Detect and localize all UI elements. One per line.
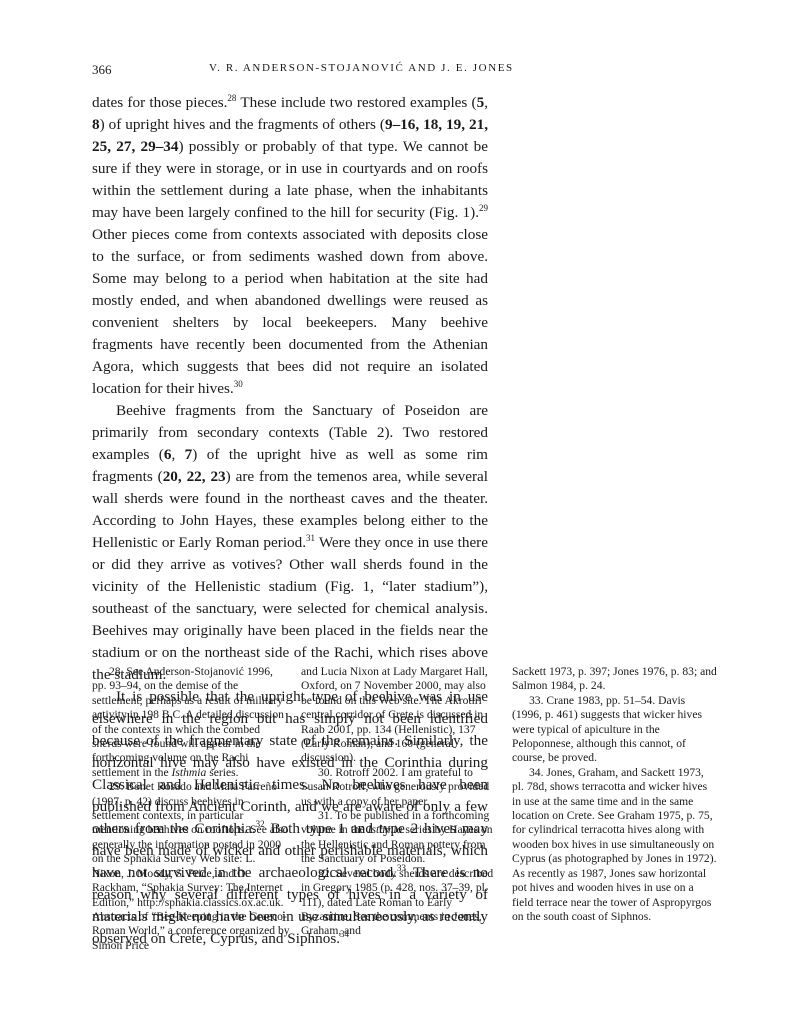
catalog-number: 9–16, 18, 19, 21, 25, 27, 29–34 (92, 116, 488, 155)
catalog-number: 7 (185, 446, 193, 463)
footnote: 33. Crane 1983, pp. 51–54. Davis (1996, … (512, 694, 717, 766)
body-paragraph: Beehive fragments from the Sanctuary of … (92, 400, 488, 686)
footnote-reference[interactable]: 28 (227, 93, 236, 103)
page-number: 366 (92, 62, 112, 78)
italic-title: Isthmia (368, 823, 403, 836)
footnote-reference[interactable]: 31 (306, 533, 315, 543)
running-head-title: V. R. ANDERSON-STOJANOVIĆ AND J. E. JONE… (209, 62, 514, 74)
footnote-continuation: and Lucia Nixon at Lady Margaret Hall, O… (301, 665, 499, 766)
catalog-number: 5 (477, 94, 485, 111)
catalog-number: 20, 22, 23 (163, 468, 226, 485)
body-paragraph: dates for those pieces.28 These include … (92, 92, 488, 400)
footnote-column-3: Sackett 1973, p. 397; Jones 1976, p. 83;… (512, 665, 717, 924)
footnote-column-2: and Lucia Nixon at Lady Margaret Hall, O… (301, 665, 499, 939)
footnote-reference[interactable]: 30 (234, 379, 243, 389)
footnotes: 28. See Anderson-Stojanović 1996, pp. 93… (92, 665, 717, 985)
footnote-continuation: Sackett 1973, p. 397; Jones 1976, p. 83;… (512, 665, 717, 694)
footnote: 28. See Anderson-Stojanović 1996, pp. 93… (92, 665, 290, 780)
footnote: 31. To be published in a forthcoming vol… (301, 809, 499, 867)
running-head: 366 V. R. ANDERSON-STOJANOVIĆ AND J. E. … (92, 62, 717, 80)
catalog-number: 8 (92, 116, 100, 133)
italic-title: Isthmia (172, 766, 207, 779)
footnote-column-1: 28. See Anderson-Stojanović 1996, pp. 93… (92, 665, 290, 953)
footnote: 34. Jones, Graham, and Sackett 1973, pl.… (512, 766, 717, 924)
footnote-reference[interactable]: 29 (479, 203, 488, 213)
footnote: 32. Several body sherds are described in… (301, 867, 499, 939)
footnote: 29. Bonet Rosado and Mata Parreño (1997,… (92, 780, 290, 953)
footnote: 30. Rotroff 2002. I am grateful to Susan… (301, 766, 499, 809)
catalog-number: 6 (164, 446, 172, 463)
